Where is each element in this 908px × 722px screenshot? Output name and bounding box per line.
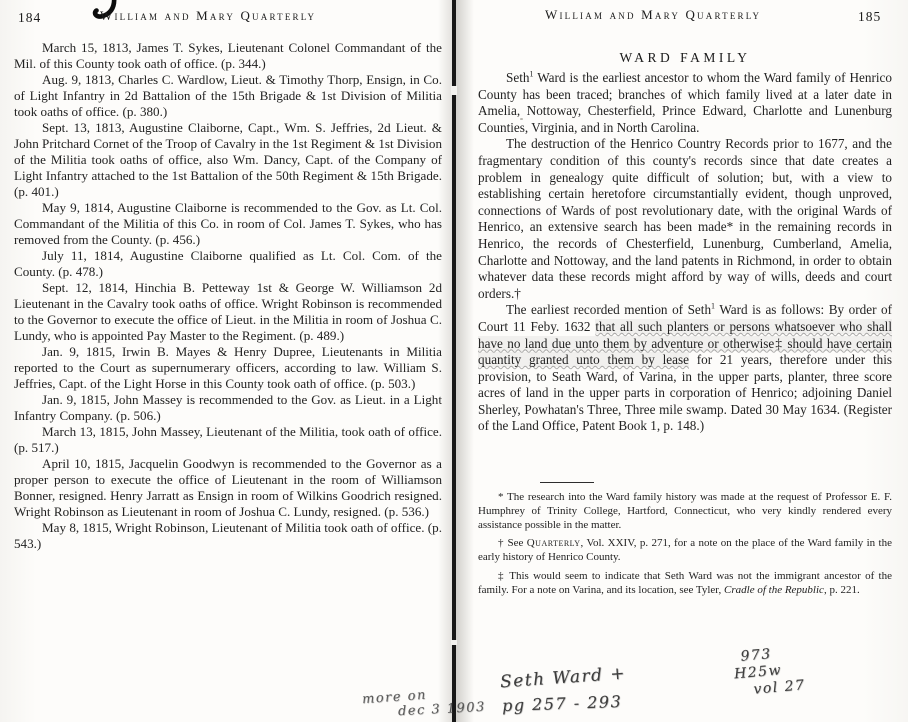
handwritten-note-page-range: pg 257 - 293: [502, 692, 623, 715]
article-paragraph: The destruction of the Henrico Country R…: [478, 136, 892, 302]
record-paragraph: Jan. 9, 1815, John Massey is recommended…: [14, 392, 442, 424]
record-paragraph: May 8, 1815, Wright Robinson, Lieutenant…: [14, 520, 442, 552]
record-paragraph: Jan. 9, 1815, Irwin B. Mayes & Henry Dup…: [14, 344, 442, 392]
gutter-line: [452, 0, 456, 722]
gutter-shadow-right: [456, 0, 474, 722]
page-number-left: 184: [18, 10, 41, 26]
call-number-line3: vol 27: [753, 677, 806, 698]
left-page-body: March 15, 1813, James T. Sykes, Lieutena…: [14, 40, 442, 552]
running-head-right: William and Mary Quarterly: [545, 7, 761, 23]
record-paragraph: Aug. 9, 1813, Charles C. Wardlow, Lieut.…: [14, 72, 442, 120]
article-title: WARD FAMILY: [478, 50, 892, 66]
paragraph-text: The earliest recorded mention of Seth: [506, 302, 711, 317]
scan-speck: [520, 118, 523, 120]
paragraph-text: Seth: [506, 70, 529, 85]
record-paragraph: May 9, 1814, Augustine Claiborne is reco…: [14, 200, 442, 248]
handwritten-call-number: 973 H25w vol 27: [740, 643, 806, 699]
handwritten-note-subject: Seth Ward +: [499, 664, 626, 693]
gutter-line-break: [451, 640, 457, 645]
running-head-left: William and Mary Quarterly: [100, 8, 316, 24]
footnote-double-dagger: ‡ This would seem to indicate that Seth …: [478, 570, 892, 598]
record-paragraph: Sept. 12, 1814, Hinchia B. Petteway 1st …: [14, 280, 442, 344]
right-page-body: Seth1 Ward is the earliest ancestor to w…: [478, 70, 892, 435]
gutter-shadow-left: [438, 0, 452, 722]
footnote-text: † See: [498, 537, 527, 549]
record-paragraph: April 10, 1815, Jacquelin Goodwyn is rec…: [14, 456, 442, 520]
footnote-asterisk: * The research into the Ward family hist…: [478, 491, 892, 532]
scan-speck: [247, 478, 249, 480]
paragraph-text: Ward is the earliest ancestor to whom th…: [478, 70, 892, 135]
page-number-right: 185: [858, 9, 881, 25]
footnote-rule: [540, 482, 594, 483]
record-paragraph: Sept. 13, 1813, Augustine Claiborne, Cap…: [14, 120, 442, 200]
scan-speck: [668, 588, 670, 590]
record-paragraph: July 11, 1814, Augustine Claiborne quali…: [14, 248, 442, 280]
scan-speck: [788, 93, 791, 96]
book-scan: 184 William and Mary Quarterly William a…: [0, 0, 908, 722]
footnote-text: , p. 221.: [824, 584, 860, 596]
article-paragraph: Seth1 Ward is the earliest ancestor to w…: [478, 70, 892, 136]
gutter-line-break: [451, 86, 457, 95]
book-title-italic: Cradle of the Republic: [724, 584, 824, 596]
smallcaps-quarterly: Quarterly: [527, 537, 581, 549]
footnote-block: * The research into the Ward family hist…: [478, 482, 892, 603]
record-paragraph: March 13, 1815, John Massey, Lieutenant …: [14, 424, 442, 456]
article-paragraph: The earliest recorded mention of Seth1 W…: [478, 302, 892, 435]
footnote-dagger: † See Quarterly, Vol. XXIV, p. 271, for …: [478, 537, 892, 565]
record-paragraph: March 15, 1813, James T. Sykes, Lieutena…: [14, 40, 442, 72]
